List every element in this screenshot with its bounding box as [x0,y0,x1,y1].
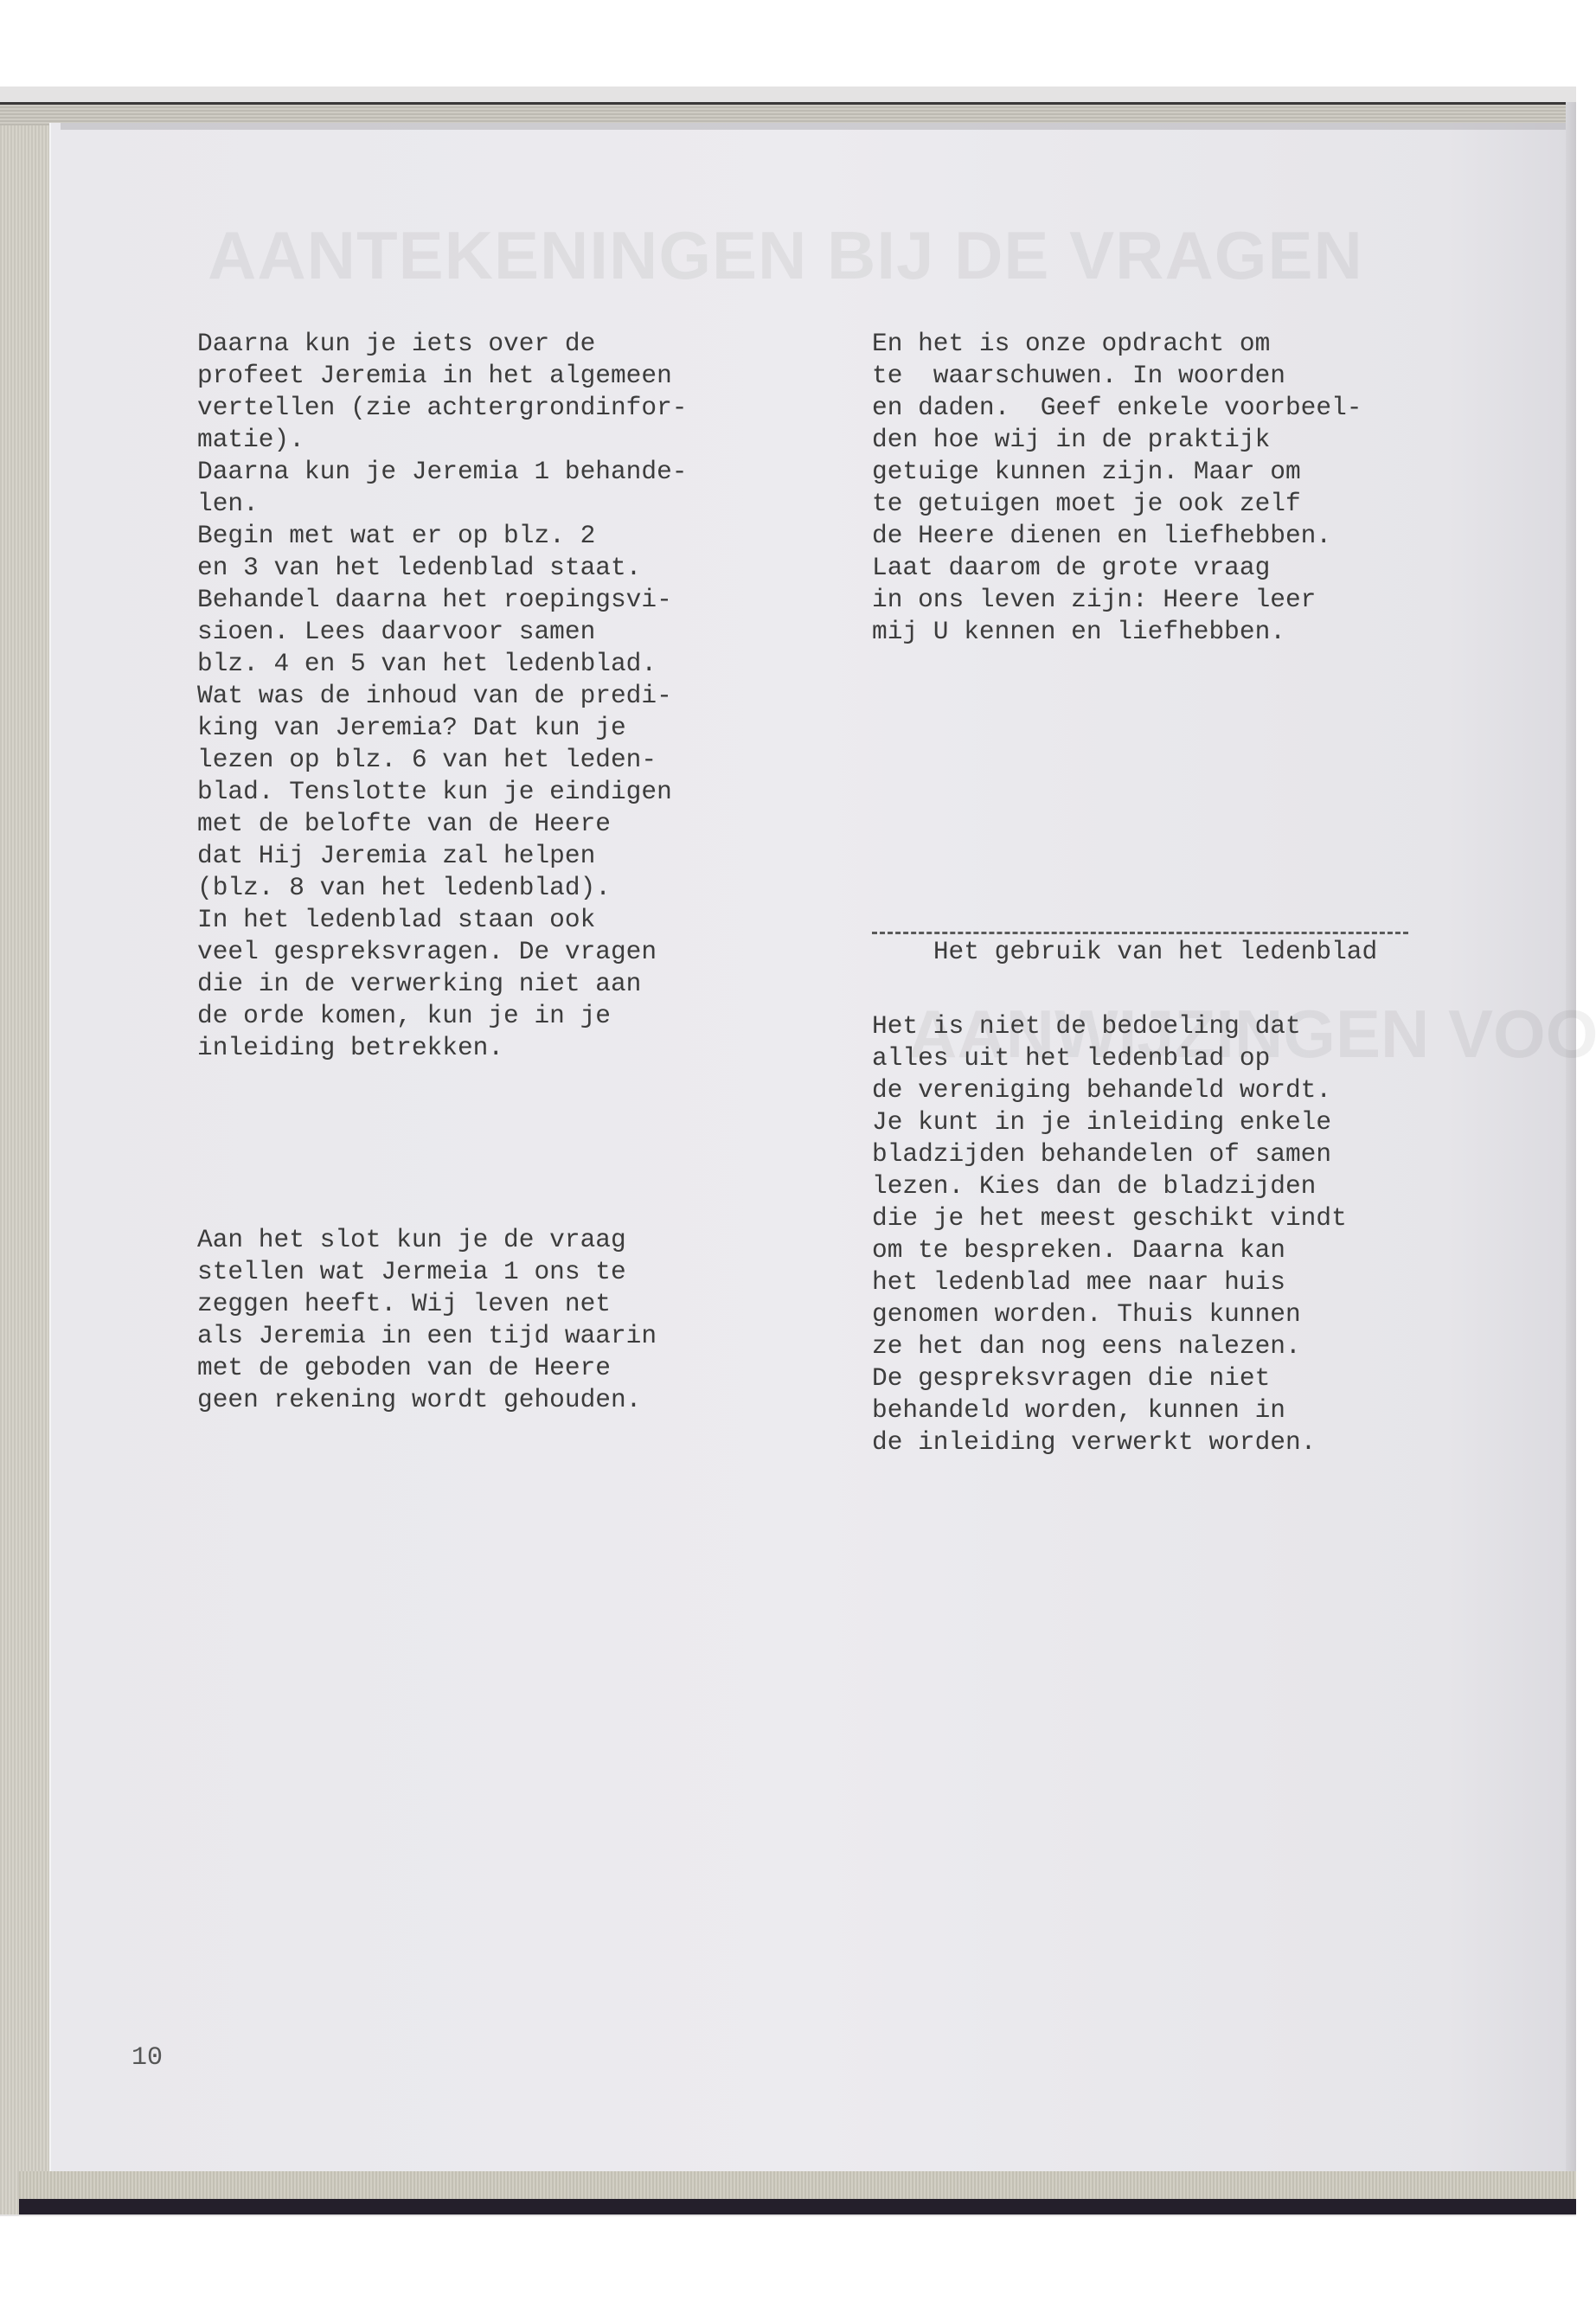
text-line: die je het meest geschikt vindt [872,1202,1377,1234]
text-line: In het ledenblad staan ook [197,904,688,936]
text-line: sioen. Lees daarvoor samen [197,616,688,648]
binding-cloth-left [0,104,49,2214]
text-line: de vereniging behandeld wordt. [872,1074,1377,1106]
paragraph-assignment: En het is onze opdracht omte waarschuwen… [872,328,1377,648]
text-line: ze het dan nog eens nalezen. [872,1330,1377,1362]
right-column: En het is onze opdracht omte waarschuwen… [872,264,1377,1490]
paragraph-intro: Daarna kun je iets over deprofeet Jeremi… [197,328,688,1064]
text-line: De gespreksvragen die niet [872,1362,1377,1394]
binding-cloth-top [0,102,1576,125]
text-line: En het is onze opdracht om [872,328,1377,360]
left-column: Daarna kun je iets over deprofeet Jeremi… [197,264,688,1448]
text-line: lezen op blz. 6 van het leden- [197,744,688,776]
binding-cloth-bottom [19,2171,1576,2201]
text-line: om te bespreken. Daarna kan [872,1234,1377,1266]
text-line: blz. 4 en 5 van het ledenblad. [197,648,688,680]
text-line: matie). [197,424,688,456]
text-line: bladzijden behandelen of samen [872,1138,1377,1170]
text-line: profeet Jeremia in het algemeen [197,360,688,392]
text-line: alles uit het ledenblad op [872,1042,1377,1074]
text-line: (blz. 8 van het ledenblad). [197,872,688,904]
text-line: zeggen heeft. Wij leven net [197,1288,688,1320]
section-heading: Het gebruik van het ledenblad [872,904,1377,936]
paragraph-gap [872,808,1377,840]
text-line: Het is niet de bedoeling dat [872,1010,1377,1042]
text-line: die in de verwerking niet aan [197,968,688,1000]
text-line: inleiding betrekken. [197,1032,688,1064]
text-line: en daden. Geef enkele voorbeel- [872,392,1377,424]
cover-edge-bottom [19,2199,1576,2214]
text-line: met de belofte van de Heere [197,808,688,840]
text-line: Daarna kun je iets over de [197,328,688,360]
text-line: Aan het slot kun je de vraag [197,1224,688,1256]
text-line: stellen wat Jermeia 1 ons te [197,1256,688,1288]
text-line: als Jeremia in een tijd waarin [197,1320,688,1352]
text-line: getuige kunnen zijn. Maar om [872,456,1377,488]
text-line: de Heere dienen en liefhebben. [872,520,1377,552]
text-line: met de geboden van de Heere [197,1352,688,1384]
heading-underline [872,932,1408,934]
text-line: te getuigen moet je ook zelf [872,488,1377,520]
text-line: te waarschuwen. In woorden [872,360,1377,392]
text-line: Je kunt in je inleiding enkele [872,1106,1377,1138]
text-line: de inleiding verwerkt worden. [872,1426,1377,1458]
text-line: de orde komen, kun je in je [197,1000,688,1032]
text-line: Behandel daarna het roepingsvi- [197,584,688,616]
text-line: den hoe wij in de praktijk [872,424,1377,456]
page-edge-right [1566,102,1576,2213]
text-line: Begin met wat er op blz. 2 [197,520,688,552]
text-line: lezen. Kies dan de bladzijden [872,1170,1377,1202]
text-line: Laat daarom de grote vraag [872,552,1377,584]
paragraph-closing: Aan het slot kun je de vraagstellen wat … [197,1224,688,1416]
text-line: mij U kennen en liefhebben. [872,616,1377,648]
text-line: veel gespreksvragen. De vragen [197,936,688,968]
paragraph-ledenblad-usage: Het is niet de bedoeling datalles uit he… [872,1010,1377,1458]
text-line: blad. Tenslotte kun je eindigen [197,776,688,808]
paragraph-gap [197,1128,688,1160]
text-line: dat Hij Jeremia zal helpen [197,840,688,872]
text-line: geen rekening wordt gehouden. [197,1384,688,1416]
text-line: Daarna kun je Jeremia 1 behande- [197,456,688,488]
paragraph-gap [872,712,1377,744]
text-line: het ledenblad mee naar huis [872,1266,1377,1298]
page-number: 10 [131,2043,163,2073]
text-line: en 3 van het ledenblad staat. [197,552,688,584]
text-line: Wat was de inhoud van de predi- [197,680,688,712]
text-line: king van Jeremia? Dat kun je [197,712,688,744]
text-line: behandeld worden, kunnen in [872,1394,1377,1426]
text-line: in ons leven zijn: Heere leer [872,584,1377,616]
paper-top-shadow [61,123,1566,130]
text-line: len. [197,488,688,520]
section-heading-text: Het gebruik van het ledenblad [933,937,1377,966]
text-line: genomen worden. Thuis kunnen [872,1298,1377,1330]
text-line: vertellen (zie achtergrondinfor- [197,392,688,424]
